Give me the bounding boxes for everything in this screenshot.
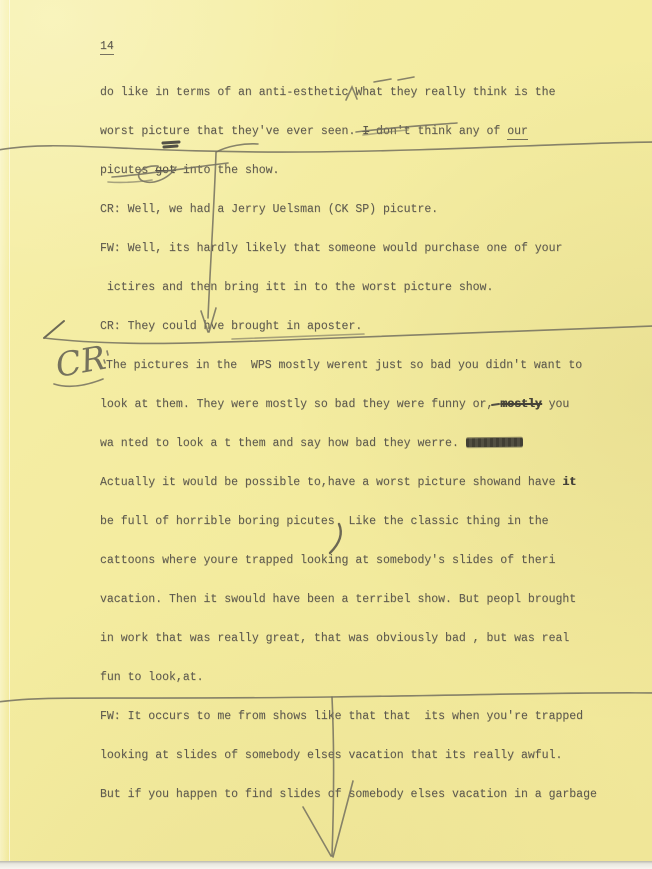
typed-line: 14 bbox=[100, 40, 114, 53]
typed-segment: CR: Well, we had a Jerry Uelsman (CK SP)… bbox=[100, 203, 438, 216]
long-separator-line-bottom bbox=[0, 693, 652, 702]
typed-line: picutes got into the show. bbox=[100, 164, 279, 177]
typed-line: Actually it would be possible to,have a … bbox=[100, 476, 576, 489]
typed-segment: ictires and then bring itt in to the wor… bbox=[100, 281, 493, 294]
typed-segment-underline: 14 bbox=[100, 40, 114, 55]
typed-segment: don't think any of bbox=[369, 125, 507, 138]
manuscript-page: 14do like in terms of an anti-esthetic W… bbox=[0, 0, 652, 869]
typed-line: vacation. Then it swould have been a ter… bbox=[100, 593, 576, 606]
typed-segment: in work that was really great, that was … bbox=[100, 632, 569, 645]
typed-segment: The pictures in the WPS mostly werent ju… bbox=[106, 359, 582, 372]
typed-segment: do like in terms of an anti-esthetic Wha… bbox=[100, 86, 555, 99]
handwritten-cr-label: CR bbox=[53, 338, 109, 386]
typed-segment: vacation. Then it swould have been a ter… bbox=[100, 593, 576, 606]
typed-line: in work that was really great, that was … bbox=[100, 632, 569, 645]
typed-line: The pictures in the WPS mostly werent ju… bbox=[106, 359, 582, 372]
typed-segment: worst picture that they've ever seen. bbox=[100, 125, 362, 138]
insert-dashes-mark bbox=[374, 77, 414, 82]
typed-segment-strike: got bbox=[155, 164, 176, 177]
typed-segment-redacted bbox=[466, 438, 523, 448]
typed-line: wa nted to look a t them and say how bad… bbox=[100, 437, 523, 450]
typed-segment: looking at slides of somebody elses vaca… bbox=[100, 749, 562, 762]
typed-line: worst picture that they've ever seen. I … bbox=[100, 125, 528, 138]
typed-segment: you bbox=[542, 398, 570, 411]
typed-segment: look at them. They were mostly so bad th… bbox=[100, 398, 500, 411]
typed-line: But if you happen to find slides of some… bbox=[100, 788, 597, 801]
typed-line: cattoons where youre trapped looking at … bbox=[100, 554, 555, 567]
typed-line: looking at slides of somebody elses vaca… bbox=[100, 749, 562, 762]
typed-segment: picutes bbox=[100, 164, 155, 177]
typed-segment: wa nted to look a t them and say how bad… bbox=[100, 437, 466, 450]
typed-line: CR: They could hve brought in aposter. bbox=[100, 320, 362, 333]
handwritten-speaker-label: CR bbox=[53, 338, 109, 385]
typed-line: FW: It occurs to me from shows like that… bbox=[100, 710, 583, 723]
insert-comma-mark bbox=[330, 524, 341, 553]
typed-segment-underline: our bbox=[507, 125, 528, 140]
typed-segment-dark: it bbox=[562, 476, 576, 489]
paper-left-edge bbox=[0, 0, 10, 861]
typed-segment: fun to look,at. bbox=[100, 671, 204, 684]
typed-segment: into the show. bbox=[176, 164, 280, 177]
typed-segment: cattoons where youre trapped looking at … bbox=[100, 554, 555, 567]
typed-line: look at them. They were mostly so bad th… bbox=[100, 398, 569, 411]
typed-segment: FW: It occurs to me from shows like that… bbox=[100, 710, 583, 723]
typed-line: fun to look,at. bbox=[100, 671, 204, 684]
typed-segment: Actually it would be possible to,have a … bbox=[100, 476, 562, 489]
typed-segment: CR: They could hve brought in aposter. bbox=[100, 320, 362, 333]
scribble-mark bbox=[163, 142, 179, 147]
typed-segment: FW: Well, its hardly likely that someone… bbox=[100, 242, 562, 255]
typed-line: FW: Well, its hardly likely that someone… bbox=[100, 242, 562, 255]
typed-line: ictires and then bring itt in to the wor… bbox=[100, 281, 493, 294]
paper-bottom-edge bbox=[0, 861, 652, 869]
typed-line: CR: Well, we had a Jerry Uelsman (CK SP)… bbox=[100, 203, 438, 216]
typed-line: do like in terms of an anti-esthetic Wha… bbox=[100, 86, 555, 99]
typed-segment: be full of horrible boring picutes Like … bbox=[100, 515, 549, 528]
typed-line: be full of horrible boring picutes Like … bbox=[100, 515, 549, 528]
typed-segment: But if you happen to find slides of some… bbox=[100, 788, 597, 801]
long-separator-line-top bbox=[0, 142, 652, 152]
typed-segment-strike-dark: mostly bbox=[500, 398, 541, 411]
